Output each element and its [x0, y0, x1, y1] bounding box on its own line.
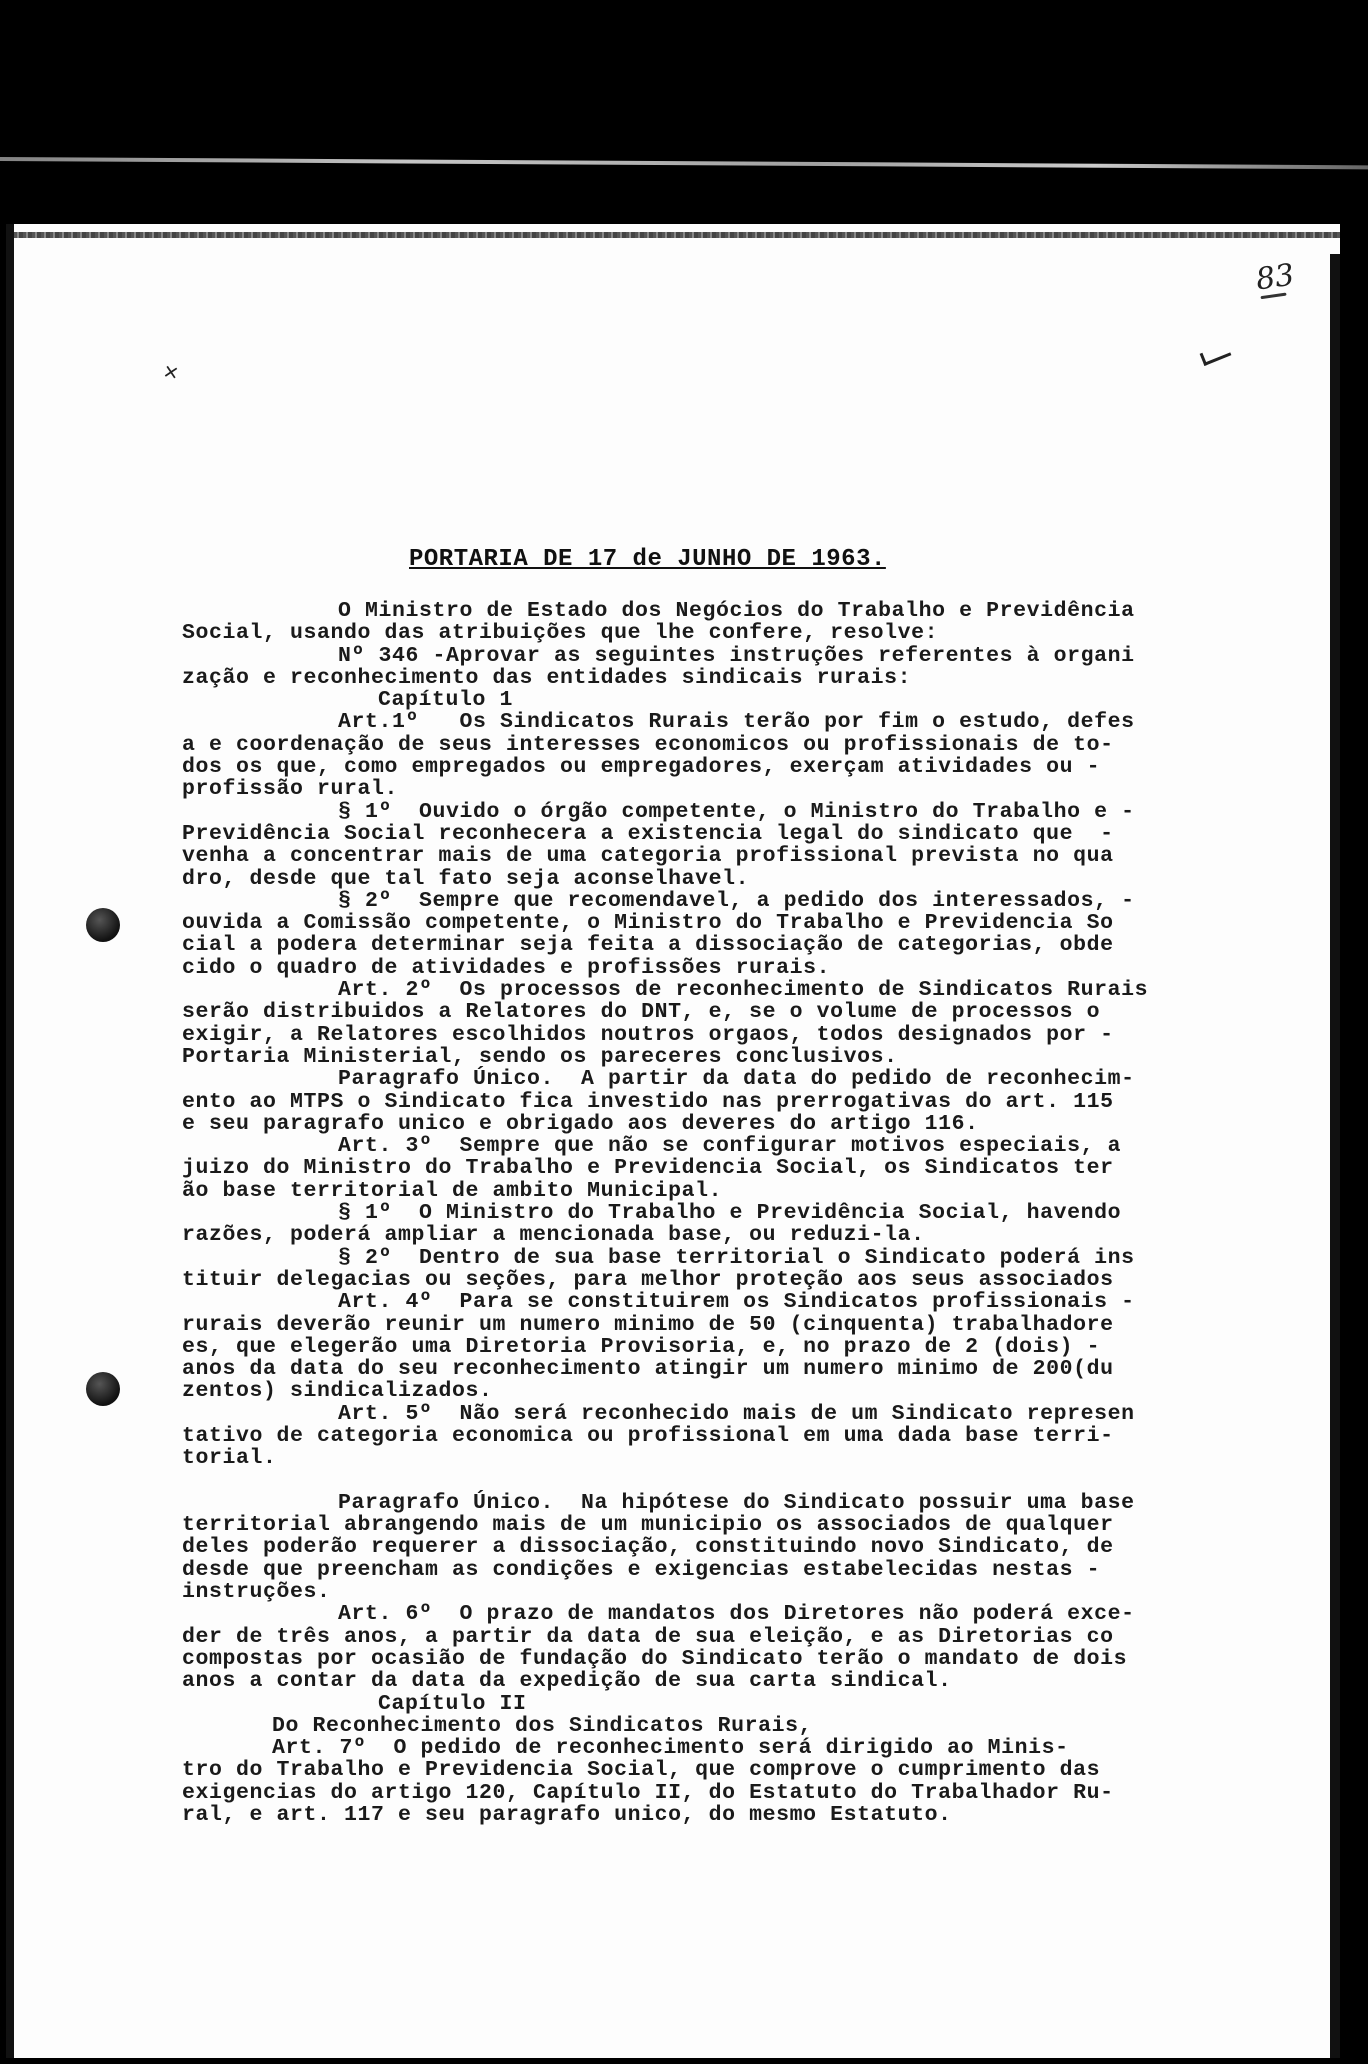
document-line: Art. 7º O pedido de reconhecimento será …	[182, 1737, 1252, 1759]
document-line: Paragrafo Único. A partir da data do ped…	[182, 1068, 1252, 1090]
document-line: Art.1º Os Sindicatos Rurais terão por fi…	[182, 711, 1252, 733]
document-line: § 1º O Ministro do Trabalho e Previdênci…	[182, 1202, 1252, 1224]
document-line: § 2º Dentro de sua base territorial o Si…	[182, 1247, 1252, 1269]
document-line: Art. 3º Sempre que não se configurar mot…	[182, 1135, 1252, 1157]
document-line: ral, e art. 117 e seu paragrafo unico, d…	[182, 1804, 1252, 1826]
document-line: anos a contar da data da expedição de su…	[182, 1670, 1252, 1692]
document-line: Nº 346 -Aprovar as seguintes instruções …	[182, 645, 1252, 667]
document-line: zação e reconhecimento das entidades sin…	[182, 667, 1252, 689]
check-mark-icon	[1200, 343, 1232, 366]
document-line: razões, poderá ampliar a mencionada base…	[182, 1224, 1252, 1246]
document-line: § 2º Sempre que recomendavel, a pedido d…	[182, 890, 1252, 912]
document-line: es, que elegerão uma Diretoria Provisori…	[182, 1336, 1252, 1358]
document-line: ento ao MTPS o Sindicato fica investido …	[182, 1091, 1252, 1113]
document-line: e seu paragrafo unico e obrigado aos dev…	[182, 1113, 1252, 1135]
document-line: cial a podera determinar seja feita a di…	[182, 934, 1252, 956]
document-line: O Ministro de Estado dos Negócios do Tra…	[182, 600, 1252, 622]
document-line: torial.	[182, 1447, 1252, 1469]
document-line: Capítulo 1	[182, 689, 1252, 711]
document-line: ão base territorial de ambito Municipal.	[182, 1180, 1252, 1202]
document-title: PORTARIA DE 17 de JUNHO DE 1963.	[409, 546, 886, 573]
document-line: Paragrafo Único. Na hipótese do Sindicat…	[182, 1492, 1252, 1514]
document-line: profissão rural.	[182, 778, 1252, 800]
scanner-edge-line	[0, 157, 1368, 169]
document-line: dro, desde que tal fato seja aconselhave…	[182, 868, 1252, 890]
document-line	[182, 1470, 1252, 1492]
document-line: a e coordenação de seus interesses econo…	[182, 734, 1252, 756]
document-line: juizo do Ministro do Trabalho e Previden…	[182, 1157, 1252, 1179]
document-line: cido o quadro de atividades e profissões…	[182, 957, 1252, 979]
document-line: desde que preencham as condições e exige…	[182, 1559, 1252, 1581]
document-line: territorial abrangendo mais de um munici…	[182, 1514, 1252, 1536]
document-line: zentos) sindicalizados.	[182, 1380, 1252, 1402]
document-line: instruções.	[182, 1581, 1252, 1603]
document-line: anos da data do seu reconhecimento ating…	[182, 1358, 1252, 1380]
document-line: Capítulo II	[182, 1693, 1252, 1715]
document-line: rurais deverão reunir um numero minimo d…	[182, 1314, 1252, 1336]
document-page: 83 + PORTARIA DE 17 de JUNHO DE 1963. O …	[6, 224, 1340, 2058]
document-line: Art. 4º Para se constituirem os Sindicat…	[182, 1291, 1252, 1313]
document-line: Art. 2º Os processos de reconhecimento d…	[182, 979, 1252, 1001]
document-body: O Ministro de Estado dos Negócios do Tra…	[182, 600, 1252, 1826]
document-line: Social, usando das atribuições que lhe c…	[182, 622, 1252, 644]
punch-hole-icon	[86, 1372, 120, 1406]
document-line: compostas por ocasião de fundação do Sin…	[182, 1648, 1252, 1670]
document-line: § 1º Ouvido o órgão competente, o Minist…	[182, 801, 1252, 823]
document-line: venha a concentrar mais de uma categoria…	[182, 845, 1252, 867]
document-line: serão distribuidos a Relatores do DNT, e…	[182, 1001, 1252, 1023]
page-top-edge	[14, 232, 1340, 238]
document-line: Art. 5º Não será reconhecido mais de um …	[182, 1403, 1252, 1425]
document-line: dos os que, como empregados ou empregado…	[182, 756, 1252, 778]
punch-hole-icon	[86, 908, 120, 942]
document-line: tativo de categoria economica ou profiss…	[182, 1425, 1252, 1447]
document-line: Art. 6º O prazo de mandatos dos Diretore…	[182, 1603, 1252, 1625]
handwritten-mark: +	[157, 357, 186, 388]
handwritten-page-number: 83	[1254, 258, 1297, 298]
document-line: tituir delegacias ou seções, para melhor…	[182, 1269, 1252, 1291]
document-line: Portaria Ministerial, sendo os pareceres…	[182, 1046, 1252, 1068]
document-line: deles poderão requerer a dissociação, co…	[182, 1536, 1252, 1558]
document-line: exigencias do artigo 120, Capítulo II, d…	[182, 1782, 1252, 1804]
document-line: exigir, a Relatores escolhidos noutros o…	[182, 1024, 1252, 1046]
page-right-edge	[1330, 254, 1340, 2058]
document-line: Previdência Social reconhecera a existen…	[182, 823, 1252, 845]
document-line: der de três anos, a partir da data de su…	[182, 1626, 1252, 1648]
document-line: Do Reconhecimento dos Sindicatos Rurais,	[182, 1715, 1252, 1737]
document-line: tro do Trabalho e Previdencia Social, qu…	[182, 1759, 1252, 1781]
document-line: ouvida a Comissão competente, o Ministro…	[182, 912, 1252, 934]
